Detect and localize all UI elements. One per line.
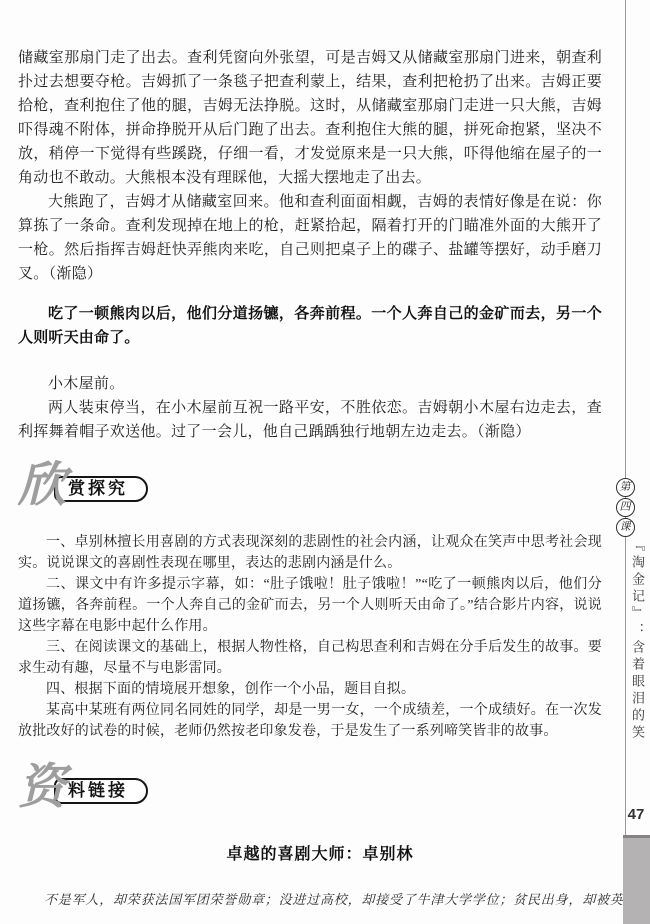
appreciation-decorative-initial: 欣	[18, 462, 66, 510]
resource-section-header: 资 料链接	[18, 766, 602, 810]
page-edge-tab	[623, 835, 650, 924]
scene-heading: 小木屋前。	[18, 372, 602, 396]
page-number: 47	[622, 806, 650, 823]
film-intertitle-bold: 吃了一顿熊肉以后，他们分道扬镳，各奔前程。一个人奔自己的金矿而去，另一个人则听天…	[18, 302, 602, 350]
resource-decorative-initial: 资	[18, 764, 66, 812]
story-paragraph-continuation: 储藏室那扇门走了出去。查利凭窗向外张望，可是吉姆又从储藏室那扇门进来，朝查利扑过…	[18, 46, 602, 190]
question-2: 二、课文中有许多提示字幕，如：“肚子饿啦！肚子饿啦！”“吃了一顿熊肉以后，他们分…	[18, 574, 602, 637]
question-3: 三、在阅读课文的基础上，根据人物性格，自己构思查利和吉姆在分手后发生的故事。要求…	[18, 637, 602, 679]
sidebar-divider-line	[625, 0, 626, 836]
lesson-circle-char-3: 课	[616, 518, 635, 537]
lesson-circle-char-1: 第	[616, 478, 635, 497]
question-4: 四、根据下面的情境展开想象，创作一个小品，题目自拟。	[18, 679, 602, 700]
story-paragraph-farewell: 两人装束停当，在小木屋前互祝一路平安，不胜依恋。吉姆朝小木屋右边走去，查利挥舞着…	[18, 396, 602, 444]
story-paragraph-bear: 大熊跑了，吉姆才从储藏室回来。他和查利面面相觑，吉姆的表情好像是在说：你算拣了一…	[18, 190, 602, 286]
question-list: 一、卓别林擅长用喜剧的方式表现深刻的悲剧性的社会内涵，让观众在笑声中思考社会现实…	[18, 532, 602, 742]
lesson-number-badge: 第 四 课	[615, 477, 635, 537]
textbook-page: 储藏室那扇门走了出去。查利凭窗向外张望，可是吉姆又从储藏室那扇门进来，朝查利扑过…	[0, 0, 650, 924]
page-content: 储藏室那扇门走了出去。查利凭窗向外张望，可是吉姆又从储藏室那扇门进来，朝查利扑过…	[18, 0, 602, 908]
lesson-title-vertical: 『淘金记』：含着眼泪的笑	[628, 538, 647, 742]
scenario-paragraph: 某高中某班有两位同名同姓的同学，却是一男一女，一个成绩差，一个成绩好。在一次发放…	[18, 700, 602, 742]
article-title: 卓越的喜剧大师：卓别林	[38, 846, 602, 864]
resource-section-title-box: 料链接	[54, 778, 148, 804]
lesson-circle-char-2: 四	[616, 498, 635, 517]
appreciation-section-title-box: 赏探究	[54, 476, 148, 502]
question-1: 一、卓别林擅长用喜剧的方式表现深刻的悲剧性的社会内涵，让观众在笑声中思考社会现实…	[18, 532, 602, 574]
appreciation-section-header: 欣 赏探究	[18, 464, 602, 508]
article-opening-line: 不是军人，却荣获法国军团荣誉勋章；没进过高校，却接受了牛津大学学位；贫民出身，却…	[18, 892, 602, 908]
